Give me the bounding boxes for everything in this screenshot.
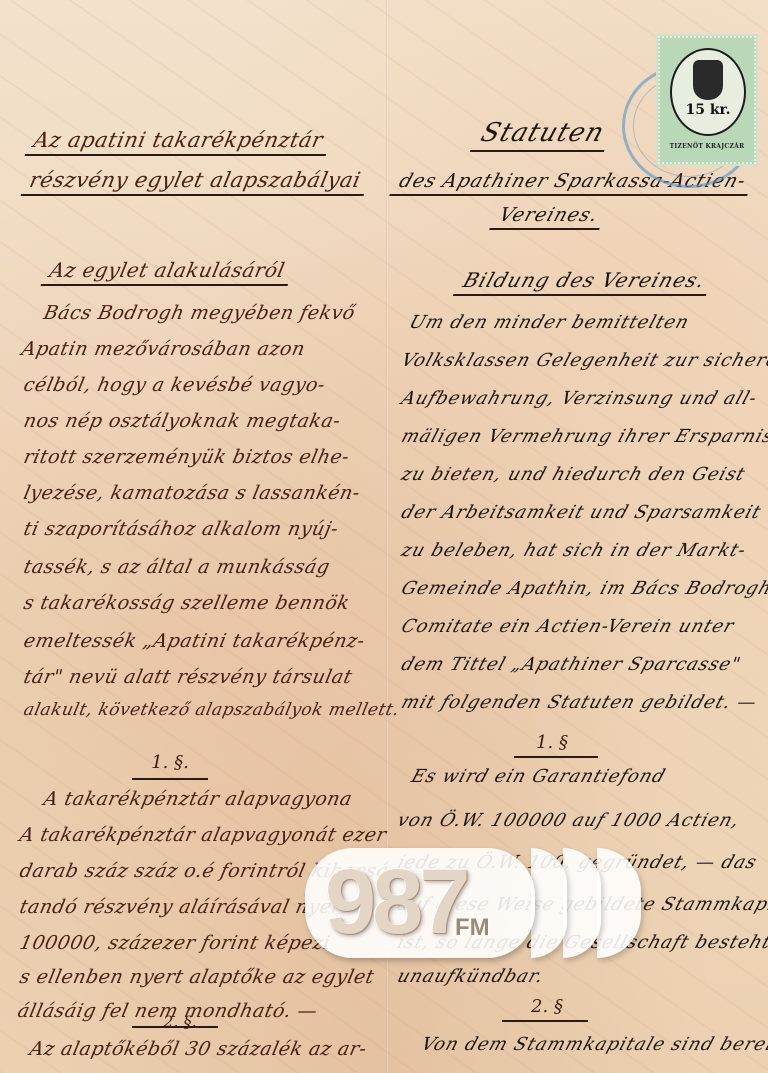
hungarian-section-1-label: 1. §. [130, 752, 210, 773]
hungarian-section-2-label: 2. §. [140, 1012, 220, 1031]
section-rule [514, 756, 598, 758]
german-section-1-line: Es wird ein Garantiefond [409, 766, 669, 787]
german-section-1-line: von Ö.W. 100000 auf 1000 Actien, [395, 810, 743, 831]
logo-fm-label: FM [455, 914, 490, 942]
stamp-inscription: TIZENÖT KRAJCZÁR [660, 143, 754, 150]
stamp-oval: 15 kr. [670, 48, 746, 136]
broadcast-waves-icon [597, 848, 641, 958]
german-intro-line: mit folgenden Statuten gebildet. — [399, 692, 761, 713]
hungarian-intro-line: ritott szerzeményük biztos elhe- [22, 446, 352, 468]
german-intro-line: Gemeinde Apathin, im Bács Bodrogher [399, 578, 768, 599]
stamp-body: 15 kr. TIZENÖT KRAJCZÁR [658, 36, 756, 164]
hungarian-section-2-line: Az alaptőkéből 30 százalék az ar- [28, 1038, 369, 1060]
hungarian-title-line-2: részvény egylet alapszabályai [27, 168, 363, 192]
german-intro-line: dem Tittel „Apathiner Sparcasse" [399, 654, 744, 675]
german-section-1-label: 1. § [512, 732, 592, 753]
german-intro-line: Comitate ein Actien-Verein unter [399, 616, 738, 637]
hungarian-section-1-line: s ellenben nyert alaptőke az egylet [18, 966, 377, 988]
broadcast-waves-icon [531, 848, 567, 958]
hungarian-intro-line: Apatin mezővárosában azon [20, 338, 308, 360]
german-subtitle-line-2: Vereines. [496, 204, 601, 226]
hungarian-intro-line: lyezése, kamatozása s lassankén- [22, 482, 362, 504]
hungarian-heading: Az egylet alakulásáról [47, 258, 287, 282]
hungarian-intro-line: tár" nevü alatt részvény társulat [22, 666, 355, 688]
broadcast-waves-icon [563, 848, 601, 958]
german-heading: Bildung des Vereines. [460, 268, 709, 292]
hungarian-intro-line: emeltessék „Apatini takarékpénz- [22, 630, 367, 652]
german-intro-line: Um den minder bemittelten [407, 312, 693, 333]
radio-watermark-logo: 987 FM [305, 848, 640, 958]
hungarian-section-1-line: tandó részvény aláírásával nyert [18, 896, 352, 918]
hungarian-intro-line: Bács Bodrogh megyében fekvő [42, 302, 357, 324]
german-intro-line: zu beleben, hat sich in der Markt- [399, 540, 750, 561]
hungarian-intro-line: tassék, s az által a munkásság [22, 556, 332, 578]
stamp-value: 15 kr. [685, 102, 730, 118]
hungarian-section-1-line: 100000, százezer forint képezi [18, 932, 333, 954]
hungarian-intro-line: alakult, következő alapszabályok mellett… [22, 700, 401, 720]
german-intro-line: der Arbeitsamkeit und Sparsamkeit [399, 502, 765, 523]
hungarian-section-1-line: A takarékpénztár alapvagyona [42, 788, 355, 810]
german-section-1-line: unaufkündbar. [395, 966, 547, 987]
german-intro-line: zu bieten, und hiedurch den Geist [399, 464, 749, 485]
revenue-stamp: 15 kr. TIZENÖT KRAJCZÁR [630, 30, 760, 160]
german-intro-line: Aufbewahrung, Verzinsung und all- [399, 388, 761, 409]
german-title: Statuten [477, 118, 608, 148]
hungarian-intro-line: ti szaporításához alkalom nyúj- [22, 518, 341, 540]
section-rule [132, 778, 208, 780]
section-rule [132, 1026, 218, 1028]
hungarian-intro-line: s takarékosság szelleme bennök [22, 592, 352, 614]
hungarian-section-1-line: A takarékpénztár alapvagyonát ezer [18, 824, 389, 846]
german-section-2-label: 2. § [502, 996, 592, 1017]
logo-frequency: 987 [325, 850, 467, 955]
hungarian-coat-of-arms-icon [693, 60, 723, 100]
section-rule [502, 1020, 588, 1022]
german-intro-line: Volksklassen Gelegenheit zur sicheren [399, 350, 768, 371]
hungarian-title-line-1: Az apatini takarékpénztár [31, 128, 325, 152]
hungarian-intro-line: nos nép osztályoknak megtaka- [22, 410, 343, 432]
hungarian-intro-line: célból, hogy a kevésbé vagyo- [22, 374, 328, 396]
german-section-2-line: Von dem Stammkapitale sind bereits [419, 1034, 768, 1055]
german-intro-line: mäligen Vermehrung ihrer Ersparnisse [399, 426, 768, 447]
